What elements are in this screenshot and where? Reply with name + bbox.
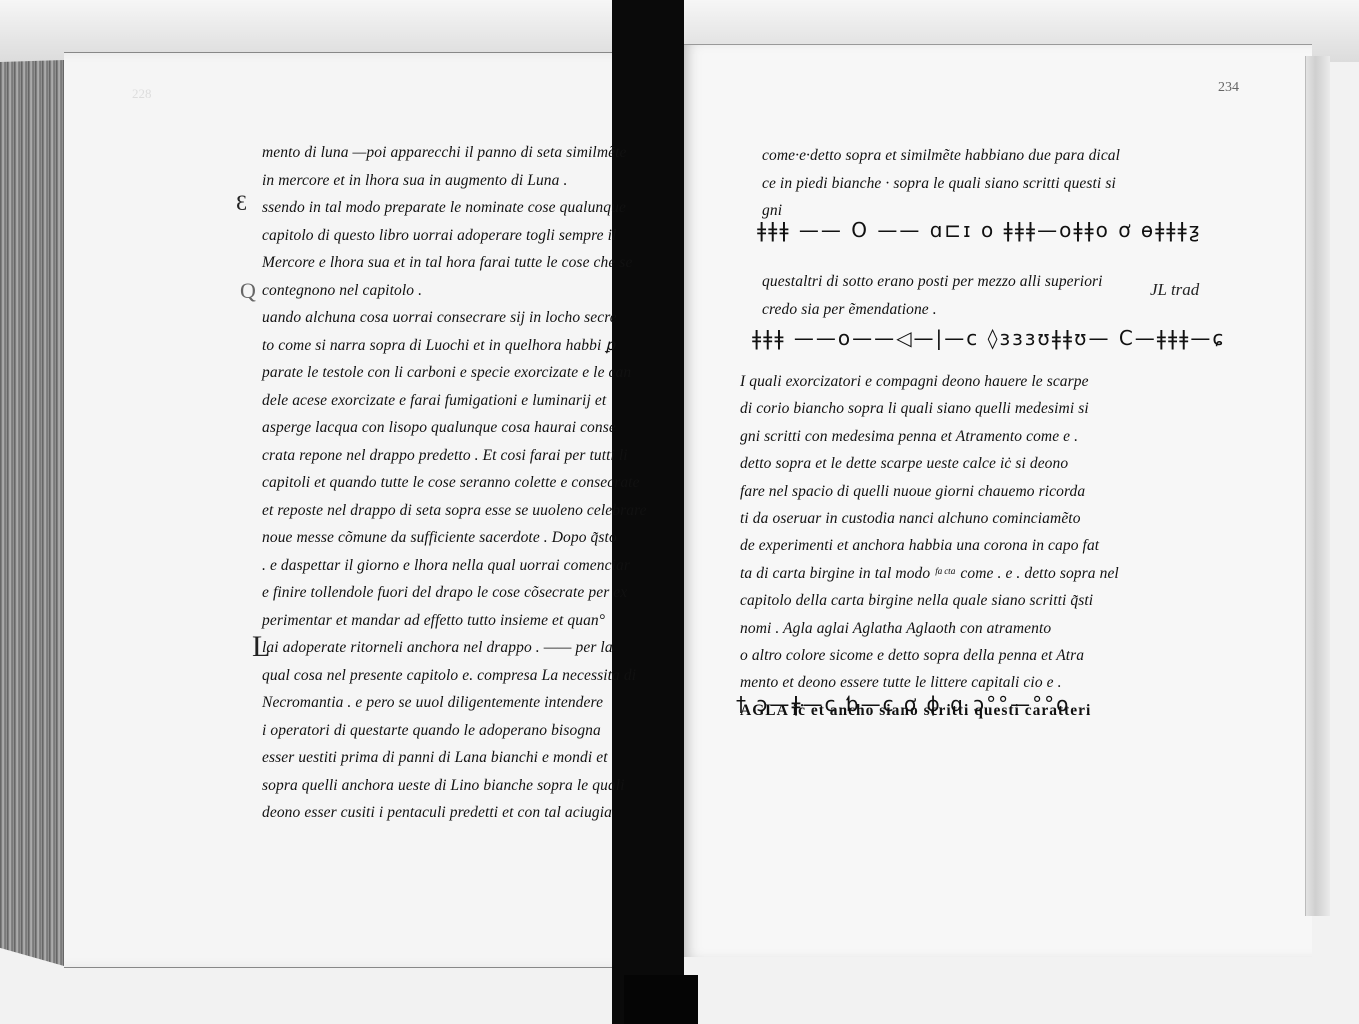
text-line: asperge lacqua con lisopo qualunque cosa… — [262, 414, 647, 442]
text-line: capitolo della carta birgine nella quale… — [740, 587, 1119, 614]
text-line: perimentar et mandar ad effetto tutto in… — [262, 607, 647, 635]
book-spine-shadow — [624, 975, 698, 1024]
right-page-edge — [1305, 56, 1330, 916]
text-line: credo sia per ẽmendatione . — [762, 296, 1103, 324]
text-line: ta di carta birgine in tal modo ᶠᵃᶜᵗᵃ co… — [740, 560, 1119, 587]
magic-symbols-row-3: † ɔ—ǂ—c ƅ—c ơ ɸ ɑ ɔ°°—°°o — [736, 692, 1070, 716]
right-page-block-2: questaltri di sotto erano posti per mezz… — [762, 268, 1103, 323]
text-line: et reposte nel drappo di seta sopra esse… — [262, 497, 647, 525]
text-line: deono esser cusiti i pentaculi predetti … — [262, 799, 647, 827]
left-folio-number: 228 — [132, 86, 152, 102]
marginal-note: JL trad — [1150, 280, 1199, 300]
text-line: i operatori di questarte quando le adope… — [262, 717, 647, 745]
text-line: lai adoperate ritorneli anchora nel drap… — [262, 634, 647, 662]
symbol-glyphs: † ɔ—ǂ—c ƅ—c ơ ɸ ɑ ɔ°°—°°o — [736, 692, 1070, 716]
text-line: noue messe cõmune da sufficiente sacerdo… — [262, 524, 647, 552]
text-line: dele acese exorcizate e farai fumigation… — [262, 387, 647, 415]
text-line: contegnono nel capitolo . — [262, 277, 647, 305]
book-page-edges — [0, 60, 64, 966]
text-line: ti da oseruar in custodia nanci alchuno … — [740, 505, 1119, 532]
text-line: detto sopra et le dette scarpe ueste cal… — [740, 450, 1119, 477]
right-folio-number: 234 — [1218, 80, 1239, 96]
text-line: parate le testole con li carboni e speci… — [262, 359, 647, 387]
text-line: come·e·detto sopra et similmẽte habbiano… — [762, 142, 1120, 170]
text-line: capitoli et quando tutte le cose seranno… — [262, 469, 647, 497]
text-line: capitolo di questo libro uorrai adoperar… — [262, 222, 647, 250]
text-line: . e daspettar il giorno e lhora nella qu… — [262, 552, 647, 580]
text-line: ce in piedi bianche · sopra le quali sia… — [762, 170, 1120, 198]
text-line: esser uestiti prima di panni di Lana bia… — [262, 744, 647, 772]
symbol-glyphs: ǂǂǂ ——o——◁—|—c ◊ɜɜɜʊǂǂʊ— C—ǂǂǂ—ɕ — [752, 326, 1225, 350]
text-line: uando alchuna cosa uorrai consecrare sij… — [262, 304, 647, 332]
magic-symbols-row-1: ǂǂǂ —— O —— ɑ⊏ɪ o ǂǂǂ—oǂǂo ơ ɵǂǂǂƺ — [757, 218, 1201, 242]
text-line: I quali exorcizatori e compagni deono ha… — [740, 368, 1119, 395]
text-line: mento di luna —poi apparecchi il panno d… — [262, 139, 647, 167]
text-line: questaltri di sotto erano posti per mezz… — [762, 268, 1103, 296]
text-line: Necromantia . e pero se uuol diligenteme… — [262, 689, 647, 717]
text-line: qual cosa nel presente capitolo e. compr… — [262, 662, 647, 690]
text-line: sopra quelli anchora ueste di Lino bianc… — [262, 772, 647, 800]
right-page-block-3: I quali exorcizatori e compagni deono ha… — [740, 368, 1119, 724]
text-line: o altro colore sicome e detto sopra dell… — [740, 642, 1119, 669]
magic-symbols-row-2: ǂǂǂ ——o——◁—|—c ◊ɜɜɜʊǂǂʊ— C—ǂǂǂ—ɕ — [752, 326, 1225, 350]
right-page-block-1: come·e·detto sopra et similmẽte habbiano… — [762, 142, 1120, 225]
text-line: gni scritti con medesima penna et Atrame… — [740, 423, 1119, 450]
symbol-glyphs: ǂǂǂ —— O —— ɑ⊏ɪ o ǂǂǂ—oǂǂo ơ ɵǂǂǂƺ — [757, 218, 1201, 242]
initial-e: Ɛ — [236, 190, 247, 216]
text-line: ssendo in tal modo preparate le nominate… — [262, 194, 647, 222]
text-line: Mercore e lhora sua et in tal hora farai… — [262, 249, 647, 277]
text-line: fare nel spacio di quelli nuoue giorni c… — [740, 478, 1119, 505]
initial-q: Q — [240, 278, 256, 304]
left-page-text: mento di luna —poi apparecchi il panno d… — [262, 139, 647, 827]
text-line: di corio biancho sopra li quali siano qu… — [740, 395, 1119, 422]
text-line: e finire tollendole fuori del drapo le c… — [262, 579, 647, 607]
text-line: in mercore et in lhora sua in augmento d… — [262, 167, 647, 195]
text-line: nomi . Agla aglai Aglatha Aglaoth con at… — [740, 615, 1119, 642]
text-line: to come si narra sopra di Luochi et in q… — [262, 332, 647, 360]
text-line: crata repone nel drappo predetto . Et co… — [262, 442, 647, 470]
text-line: de experimenti et anchora habbia una cor… — [740, 532, 1119, 559]
